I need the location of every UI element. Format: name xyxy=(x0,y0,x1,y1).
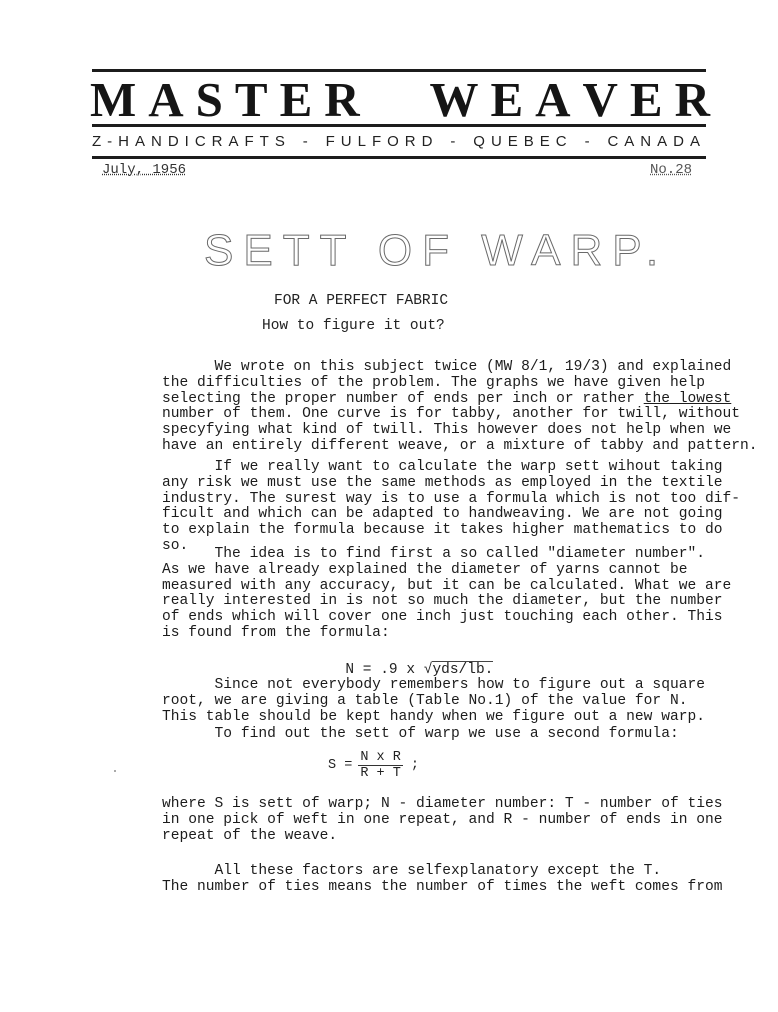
issue-number: No.28 xyxy=(650,162,692,178)
master-letter: A xyxy=(148,76,183,124)
master-letter: E xyxy=(280,76,313,124)
issue-date: July, 1956 xyxy=(102,162,186,178)
emphasis-underline: the lowest xyxy=(644,391,732,407)
master-letter: R xyxy=(324,76,359,124)
master-letter: S xyxy=(196,76,223,124)
text-line: the difficulties of the problem. The gra… xyxy=(162,376,762,392)
formula-2-numerator: N x R xyxy=(358,750,403,766)
master-letter: M xyxy=(90,76,136,124)
text-line: of ends which will cover one inch just t… xyxy=(162,610,762,626)
paragraph-5: To find out the sett of warp we use a se… xyxy=(162,727,762,743)
weaver-letter: W xyxy=(429,76,478,124)
text-line: measured with any accuracy, but it can b… xyxy=(162,579,762,595)
master-letter: T xyxy=(235,76,268,124)
text-line: number of them. One curve is for tabby, … xyxy=(162,407,762,423)
text-line: ficult and which can be adapted to handw… xyxy=(162,507,762,523)
masthead-title: MASTER WEAVER xyxy=(90,76,710,124)
subtitle-separator: - xyxy=(585,132,596,152)
article-subhead: FOR A PERFECT FABRIC xyxy=(274,293,448,309)
scan-speck xyxy=(114,770,116,772)
formula-2-fraction: N x R R + T xyxy=(358,750,403,781)
subtitle-part: CANADA xyxy=(607,132,706,152)
masthead-word-master: MASTER xyxy=(90,76,372,124)
text-line: really interested in is not so much the … xyxy=(162,594,762,610)
paragraph-7: All these factors are selfexplanatory ex… xyxy=(162,864,762,896)
text-line: To find out the sett of warp we use a se… xyxy=(162,727,762,743)
formula-1-radicand: yds/lb. xyxy=(432,661,493,678)
masthead-subtitle: Z-HANDICRAFTS-FULFORD-QUEBEC-CANADA xyxy=(92,132,706,152)
weaver-letter: A xyxy=(535,76,570,124)
text-line: repeat of the weave. xyxy=(162,829,762,845)
formula-2-suffix: ; xyxy=(411,758,419,773)
article-title: SETT OF WARP. xyxy=(204,226,624,276)
formula-1-lhs: N = .9 x xyxy=(345,662,423,678)
paragraph-1: We wrote on this subject twice (MW 8/1, … xyxy=(162,360,762,455)
paragraph-6: where S is sett of warp; N - diameter nu… xyxy=(162,797,762,844)
subtitle-part: QUEBEC xyxy=(473,132,572,152)
text-line: in one pick of weft in one repeat, and R… xyxy=(162,813,762,829)
masthead-middle-rule xyxy=(92,124,706,127)
paragraph-4: Since not everybody remembers how to fig… xyxy=(162,678,762,725)
text-line: This table should be kept handy when we … xyxy=(162,710,762,726)
text-line: If we really want to calculate the warp … xyxy=(162,460,762,476)
text-line: where S is sett of warp; N - diameter nu… xyxy=(162,797,762,813)
text-line: selecting the proper number of ends per … xyxy=(162,392,762,408)
article-question: How to figure it out? xyxy=(262,318,445,334)
masthead-word-weaver: WEAVER xyxy=(417,76,710,124)
text-line: to explain the formula because it takes … xyxy=(162,523,762,539)
text-line: The idea is to find first a so called "d… xyxy=(162,547,762,563)
subtitle-part: Z-HANDICRAFTS xyxy=(92,132,291,152)
formula-diameter-number: N = .9 x √yds/lb. xyxy=(328,646,493,678)
formula-sett: S = N x R R + T ; xyxy=(328,750,419,781)
article-title-text: SETT OF WARP. xyxy=(204,226,668,275)
text-line: is found from the formula: xyxy=(162,626,762,642)
text-line: As we have already explained the diamete… xyxy=(162,563,762,579)
weaver-letter: V xyxy=(583,76,618,124)
masthead-bottom-rule xyxy=(92,156,706,159)
weaver-letter: E xyxy=(630,76,663,124)
paragraph-2: If we really want to calculate the warp … xyxy=(162,460,762,555)
weaver-letter: E xyxy=(490,76,523,124)
formula-2-lhs: S = xyxy=(328,758,352,773)
subtitle-separator: - xyxy=(303,132,314,152)
text-line: All these factors are selfexplanatory ex… xyxy=(162,864,762,880)
text-line: specyfying what kind of twill. This howe… xyxy=(162,423,762,439)
text-line: root, we are giving a table (Table No.1)… xyxy=(162,694,762,710)
subtitle-part: FULFORD xyxy=(326,132,439,152)
text-line: any risk we must use the same methods as… xyxy=(162,476,762,492)
text-line: industry. The surest way is to use a for… xyxy=(162,492,762,508)
weaver-letter: R xyxy=(675,76,710,124)
text-line: have an entirely different weave, or a m… xyxy=(162,439,762,455)
text-line: We wrote on this subject twice (MW 8/1, … xyxy=(162,360,762,376)
subtitle-separator: - xyxy=(450,132,461,152)
paragraph-3: The idea is to find first a so called "d… xyxy=(162,547,762,642)
text-line: The number of ties means the number of t… xyxy=(162,880,762,896)
text-line: Since not everybody remembers how to fig… xyxy=(162,678,762,694)
formula-2-denominator: R + T xyxy=(360,766,401,781)
